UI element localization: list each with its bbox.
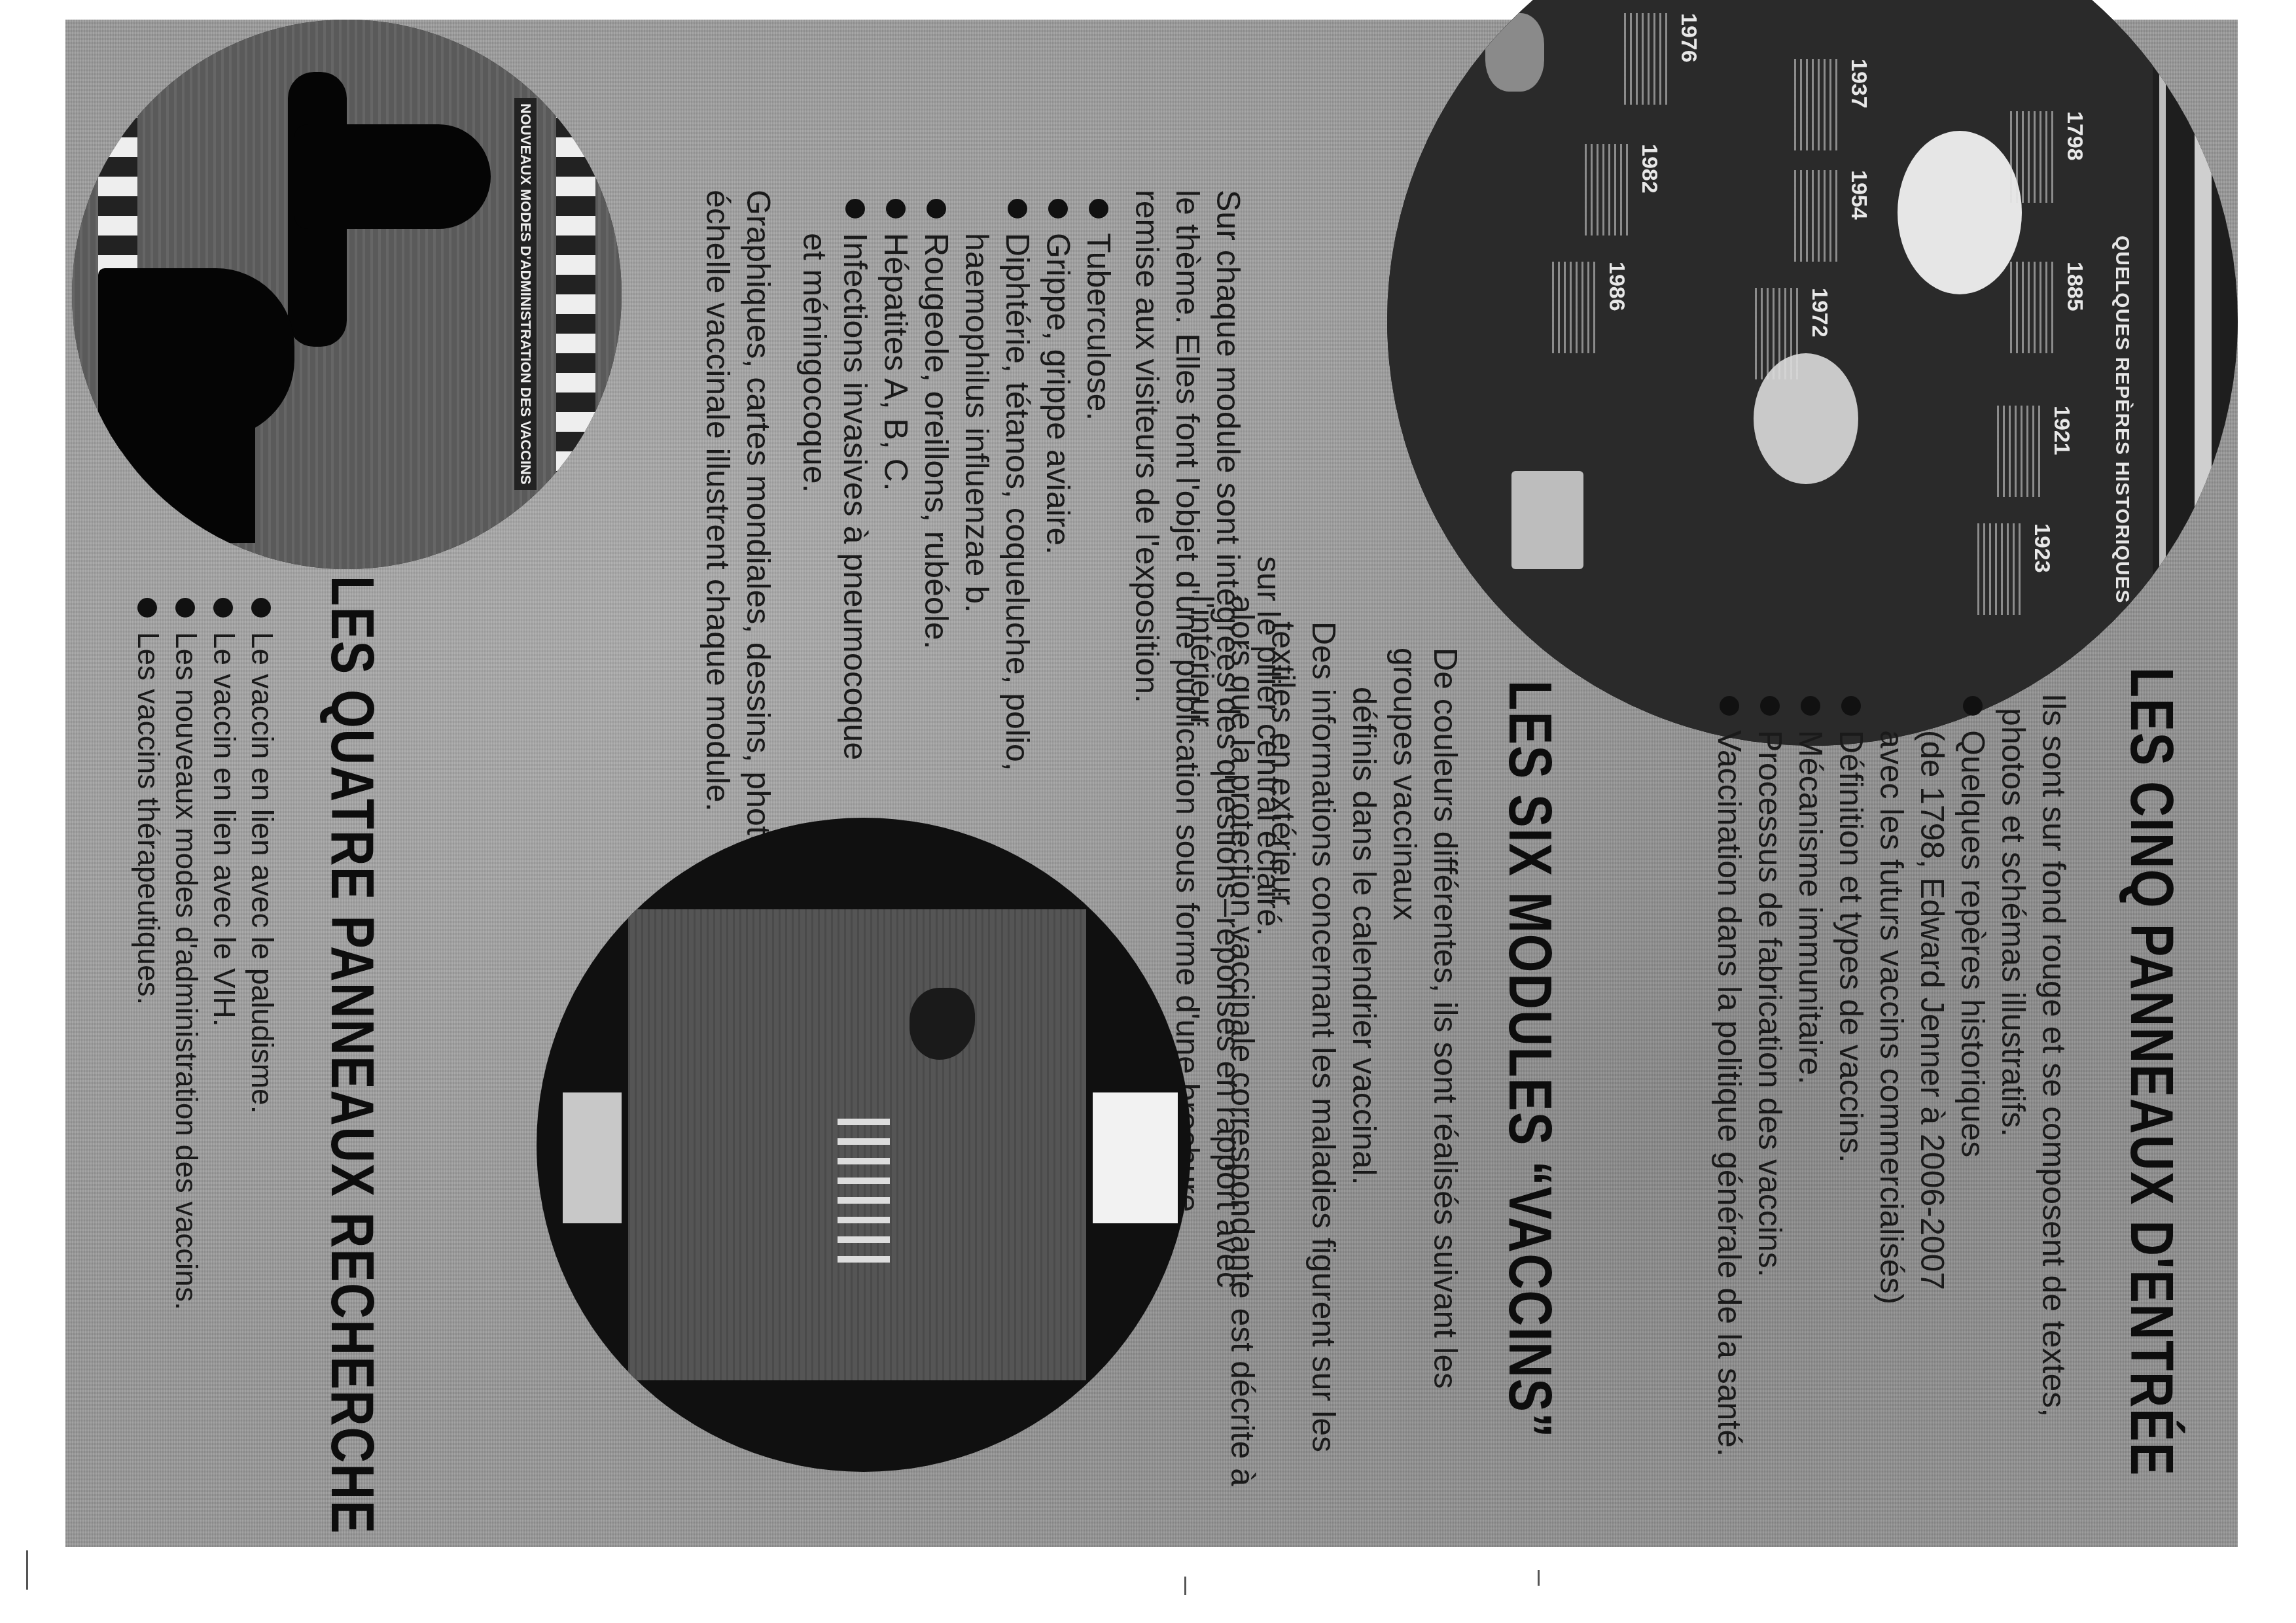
- disease-haemophilus: haemophilus influenzae b.: [957, 196, 997, 850]
- entry-item-policy: Vaccination dans la politique générale d…: [1709, 693, 1750, 1544]
- hazard-stripe-top: [556, 20, 595, 569]
- entry-item-history-detail-1: (de 1798, Edward Jenner à 2006-2007: [1912, 693, 1952, 1544]
- silhouette-person-1: [294, 124, 491, 229]
- entry-item-manufacturing: Processus de fabrication des vaccins.: [1750, 693, 1790, 1544]
- research-item-therapeutiques: Les vaccins thérapeutiques.: [130, 595, 168, 1446]
- graphics-note-line-1: Graphiques, cartes mondiales, dessins, p…: [738, 190, 779, 909]
- entry-item-history-detail-2: avec les futurs vaccins commercialisés): [1871, 693, 1912, 1544]
- graphics-note-line-2: échelle vaccinale illustrent chaque modu…: [698, 190, 738, 909]
- disease-hepatites: Hépatites A, B, C.: [875, 196, 916, 850]
- research-panel-sign: NOUVEAUX MODES D'ADMINISTRATION DES VACC…: [514, 98, 537, 490]
- timeline-text-block: [1755, 288, 1801, 379]
- disease-infections-invasives: Infections invasives à pneumocoque: [835, 196, 875, 850]
- timeline-text-block: [2010, 262, 2056, 353]
- timeline-year: 1923: [2029, 523, 2055, 573]
- timeline-text-block: [1624, 13, 1670, 105]
- timeline-text-block: [1585, 144, 1631, 236]
- research-item-administration: Les nouveaux modes d'administration des …: [168, 595, 205, 1446]
- entry-intro-line-2: photos et schémas illustratifs.: [1993, 693, 2034, 1151]
- timeline-year: 1798: [2062, 111, 2087, 161]
- disease-rougeole: Rougeole, oreillons, rubéole.: [916, 196, 957, 850]
- ceiling-rail: [2195, 0, 2212, 746]
- module-vaccine-scale: [838, 1119, 890, 1263]
- timeline-year: 1937: [1846, 59, 1871, 109]
- six-modules-info-line-3: sur le pilier central éclairé.: [1248, 190, 1289, 1367]
- entry-item-history: Quelques repères historiques: [1952, 693, 1993, 1544]
- disease-diphterie: Diphtérie, tétanos, coqueluche, polio,: [997, 196, 1038, 850]
- timeline-year: 1921: [2049, 406, 2074, 455]
- module-light-bottom: [563, 1092, 622, 1223]
- timeline-year: 1986: [1604, 262, 1629, 311]
- six-modules-title: LES SIX MODULES “VACCINS”: [1495, 680, 1564, 1439]
- photo-vaccine-module: [537, 818, 1191, 1472]
- disease-tuberculose: Tuberculose.: [1078, 196, 1119, 850]
- timeline-text-block: [2010, 111, 2056, 203]
- research-panels-title: LES QUATRE PANNEAUX RECHERCHE: [317, 576, 386, 1535]
- scan-edge-marks: [20, 1570, 2244, 1609]
- timeline-text-block: [1997, 406, 2043, 497]
- timeline-photo: [1511, 471, 1583, 569]
- entry-intro-line-1: Ils sont sur fond rouge et se composent …: [2034, 693, 2074, 1544]
- timeline-year: 1982: [1636, 144, 1662, 194]
- portrait-small: [1485, 13, 1544, 92]
- research-item-paludisme: Le vaccin en lien avec le paludisme.: [243, 595, 281, 1446]
- entry-panels-body: Ils sont sur fond rouge et se composent …: [1709, 693, 2074, 1544]
- rotated-content: QUELQUES REPÈRES HISTORIQUES 17981885192…: [65, 20, 2238, 1547]
- six-modules-intro-line-2: définis dans le calendrier vaccinal.: [1344, 530, 1385, 1511]
- timeline-year: 1972: [1807, 288, 1832, 338]
- disease-list: Tuberculose. Grippe, grippe aviaire. Dip…: [794, 196, 1119, 850]
- disease-meningocoque: et méningocoque.: [794, 196, 835, 850]
- photo-timeline: QUELQUES REPÈRES HISTORIQUES 17981885192…: [1387, 0, 2238, 746]
- photo-research-panel: NOUVEAUX MODES D'ADMINISTRATION DES VACC…: [72, 20, 622, 569]
- ceiling-rail-secondary: [2159, 0, 2166, 746]
- portrait-jenner: [1898, 131, 2022, 294]
- graphics-note: Graphiques, cartes mondiales, dessins, p…: [698, 190, 779, 909]
- silhouette-floor: [85, 412, 255, 543]
- module-light-top: [1093, 1092, 1178, 1223]
- entry-panels-title: LES CINQ PANNEAUX D'ENTRÉE: [2117, 667, 2185, 1476]
- timeline-year: 1976: [1676, 13, 1701, 63]
- research-panels-list: Le vaccin en lien avec le paludisme. Le …: [130, 595, 281, 1446]
- timeline-text-block: [1977, 523, 2023, 615]
- entry-item-definition: Définition et types de vaccins.: [1831, 693, 1871, 1544]
- timeline-text-block: [1794, 170, 1840, 262]
- entry-item-mechanism: Mécanisme immunitaire.: [1790, 693, 1831, 1544]
- timeline-banner: QUELQUES REPÈRES HISTORIQUES: [2111, 236, 2133, 604]
- disease-grippe: Grippe, grippe aviaire.: [1038, 196, 1078, 850]
- timeline-year: 1954: [1846, 170, 1871, 220]
- six-modules-intro-line-1: De couleurs différentes, ils sont réalis…: [1385, 530, 1466, 1511]
- six-modules-qa-line-1: Sur chaque module sont intégrées des que…: [1208, 190, 1248, 1367]
- timeline-text-block: [1794, 59, 1840, 150]
- timeline-text-block: [1552, 262, 1598, 353]
- research-item-vih: Le vaccin en lien avec le VIH.: [205, 595, 243, 1446]
- timeline-year: 1885: [2062, 262, 2087, 311]
